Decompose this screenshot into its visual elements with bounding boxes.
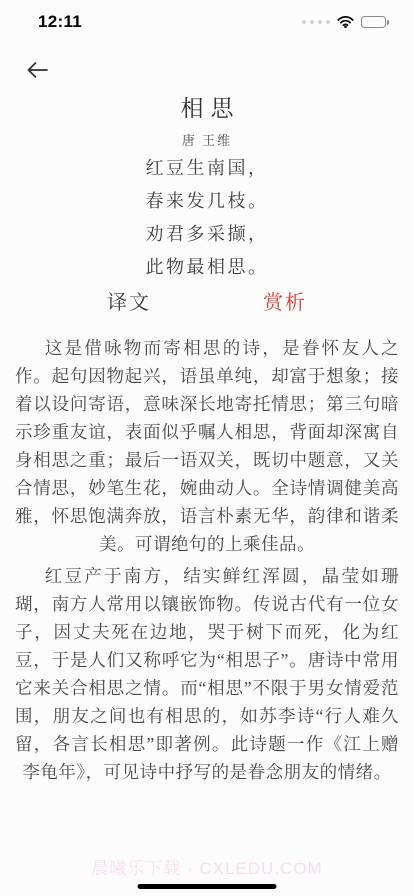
- poem-title: 相思: [0, 90, 414, 123]
- nav-bar: [0, 52, 414, 88]
- back-arrow-icon: [25, 60, 49, 80]
- screen: 12:11 相: [0, 0, 414, 896]
- cellular-signal-icon: [302, 20, 330, 24]
- poem-line: 劝君多采撷，: [0, 218, 414, 251]
- tab-translation[interactable]: 译文: [107, 290, 151, 316]
- tab-appreciation[interactable]: 赏析: [263, 290, 307, 316]
- wifi-icon: [337, 16, 354, 28]
- analysis-paragraph: 这是借咏物而寄相思的诗，是眷怀友人之作。起句因物起兴，语虽单纯，却富于想象；接着…: [15, 334, 399, 558]
- analysis-paragraph: 红豆产于南方，结实鲜红浑圆，晶莹如珊瑚，南方人常用以镶嵌饰物。传说古代有一位女子…: [15, 562, 399, 786]
- poem-author: 唐 王维: [0, 130, 414, 149]
- home-indicator[interactable]: [138, 884, 277, 889]
- poem-line: 红豆生南国，: [0, 152, 414, 185]
- watermark: 晨曦乐下载 · CXLEDU.COM: [0, 854, 414, 879]
- poem-line: 春来发几枝。: [0, 185, 414, 218]
- battery-icon: [361, 16, 386, 28]
- poem-body: 红豆生南国， 春来发几枝。 劝君多采撷， 此物最相思。: [0, 152, 414, 284]
- status-bar: 12:11: [0, 0, 414, 44]
- poem-line: 此物最相思。: [0, 251, 414, 284]
- back-button[interactable]: [22, 56, 52, 84]
- content-scroll-area[interactable]: 这是借咏物而寄相思的诗，是眷怀友人之作。起句因物起兴，语虽单纯，却富于想象；接着…: [0, 334, 414, 790]
- tab-bar: 译文 赏析: [0, 290, 414, 316]
- poem-header: 相思 唐 王维: [0, 90, 414, 149]
- status-time: 12:11: [38, 12, 82, 32]
